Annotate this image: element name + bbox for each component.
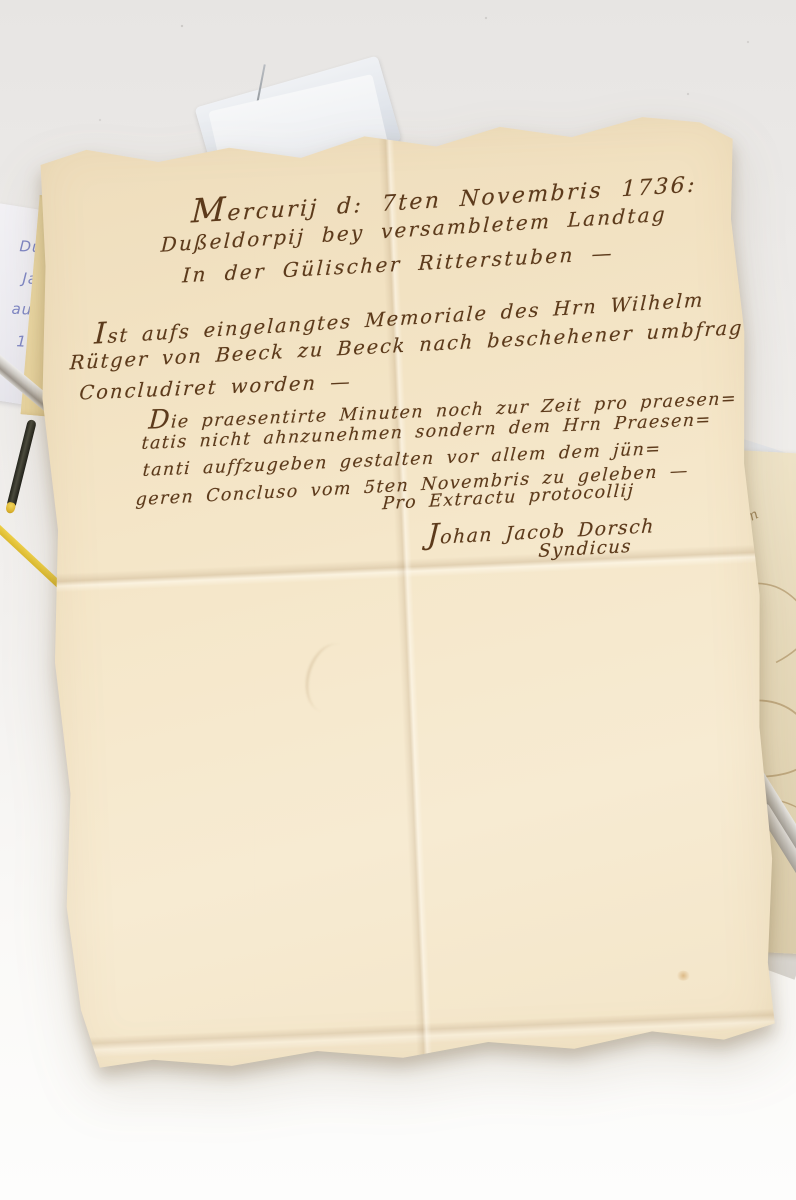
manuscript-wrapper: Mercurij d: 7ten Novembris 1736: Dußeldo…	[36, 106, 778, 1074]
pencil	[7, 419, 37, 507]
paper-smudge	[298, 638, 364, 719]
signature-title: Syndicus	[538, 536, 633, 562]
fox-spot	[676, 970, 690, 981]
manuscript-page: Mercurij d: 7ten Novembris 1736: Dußeldo…	[29, 105, 782, 1076]
pencil-tip	[5, 501, 16, 514]
photo-scene: Düss Jah au 1 lben Mercurij d: 7ten Nove…	[0, 0, 796, 1200]
